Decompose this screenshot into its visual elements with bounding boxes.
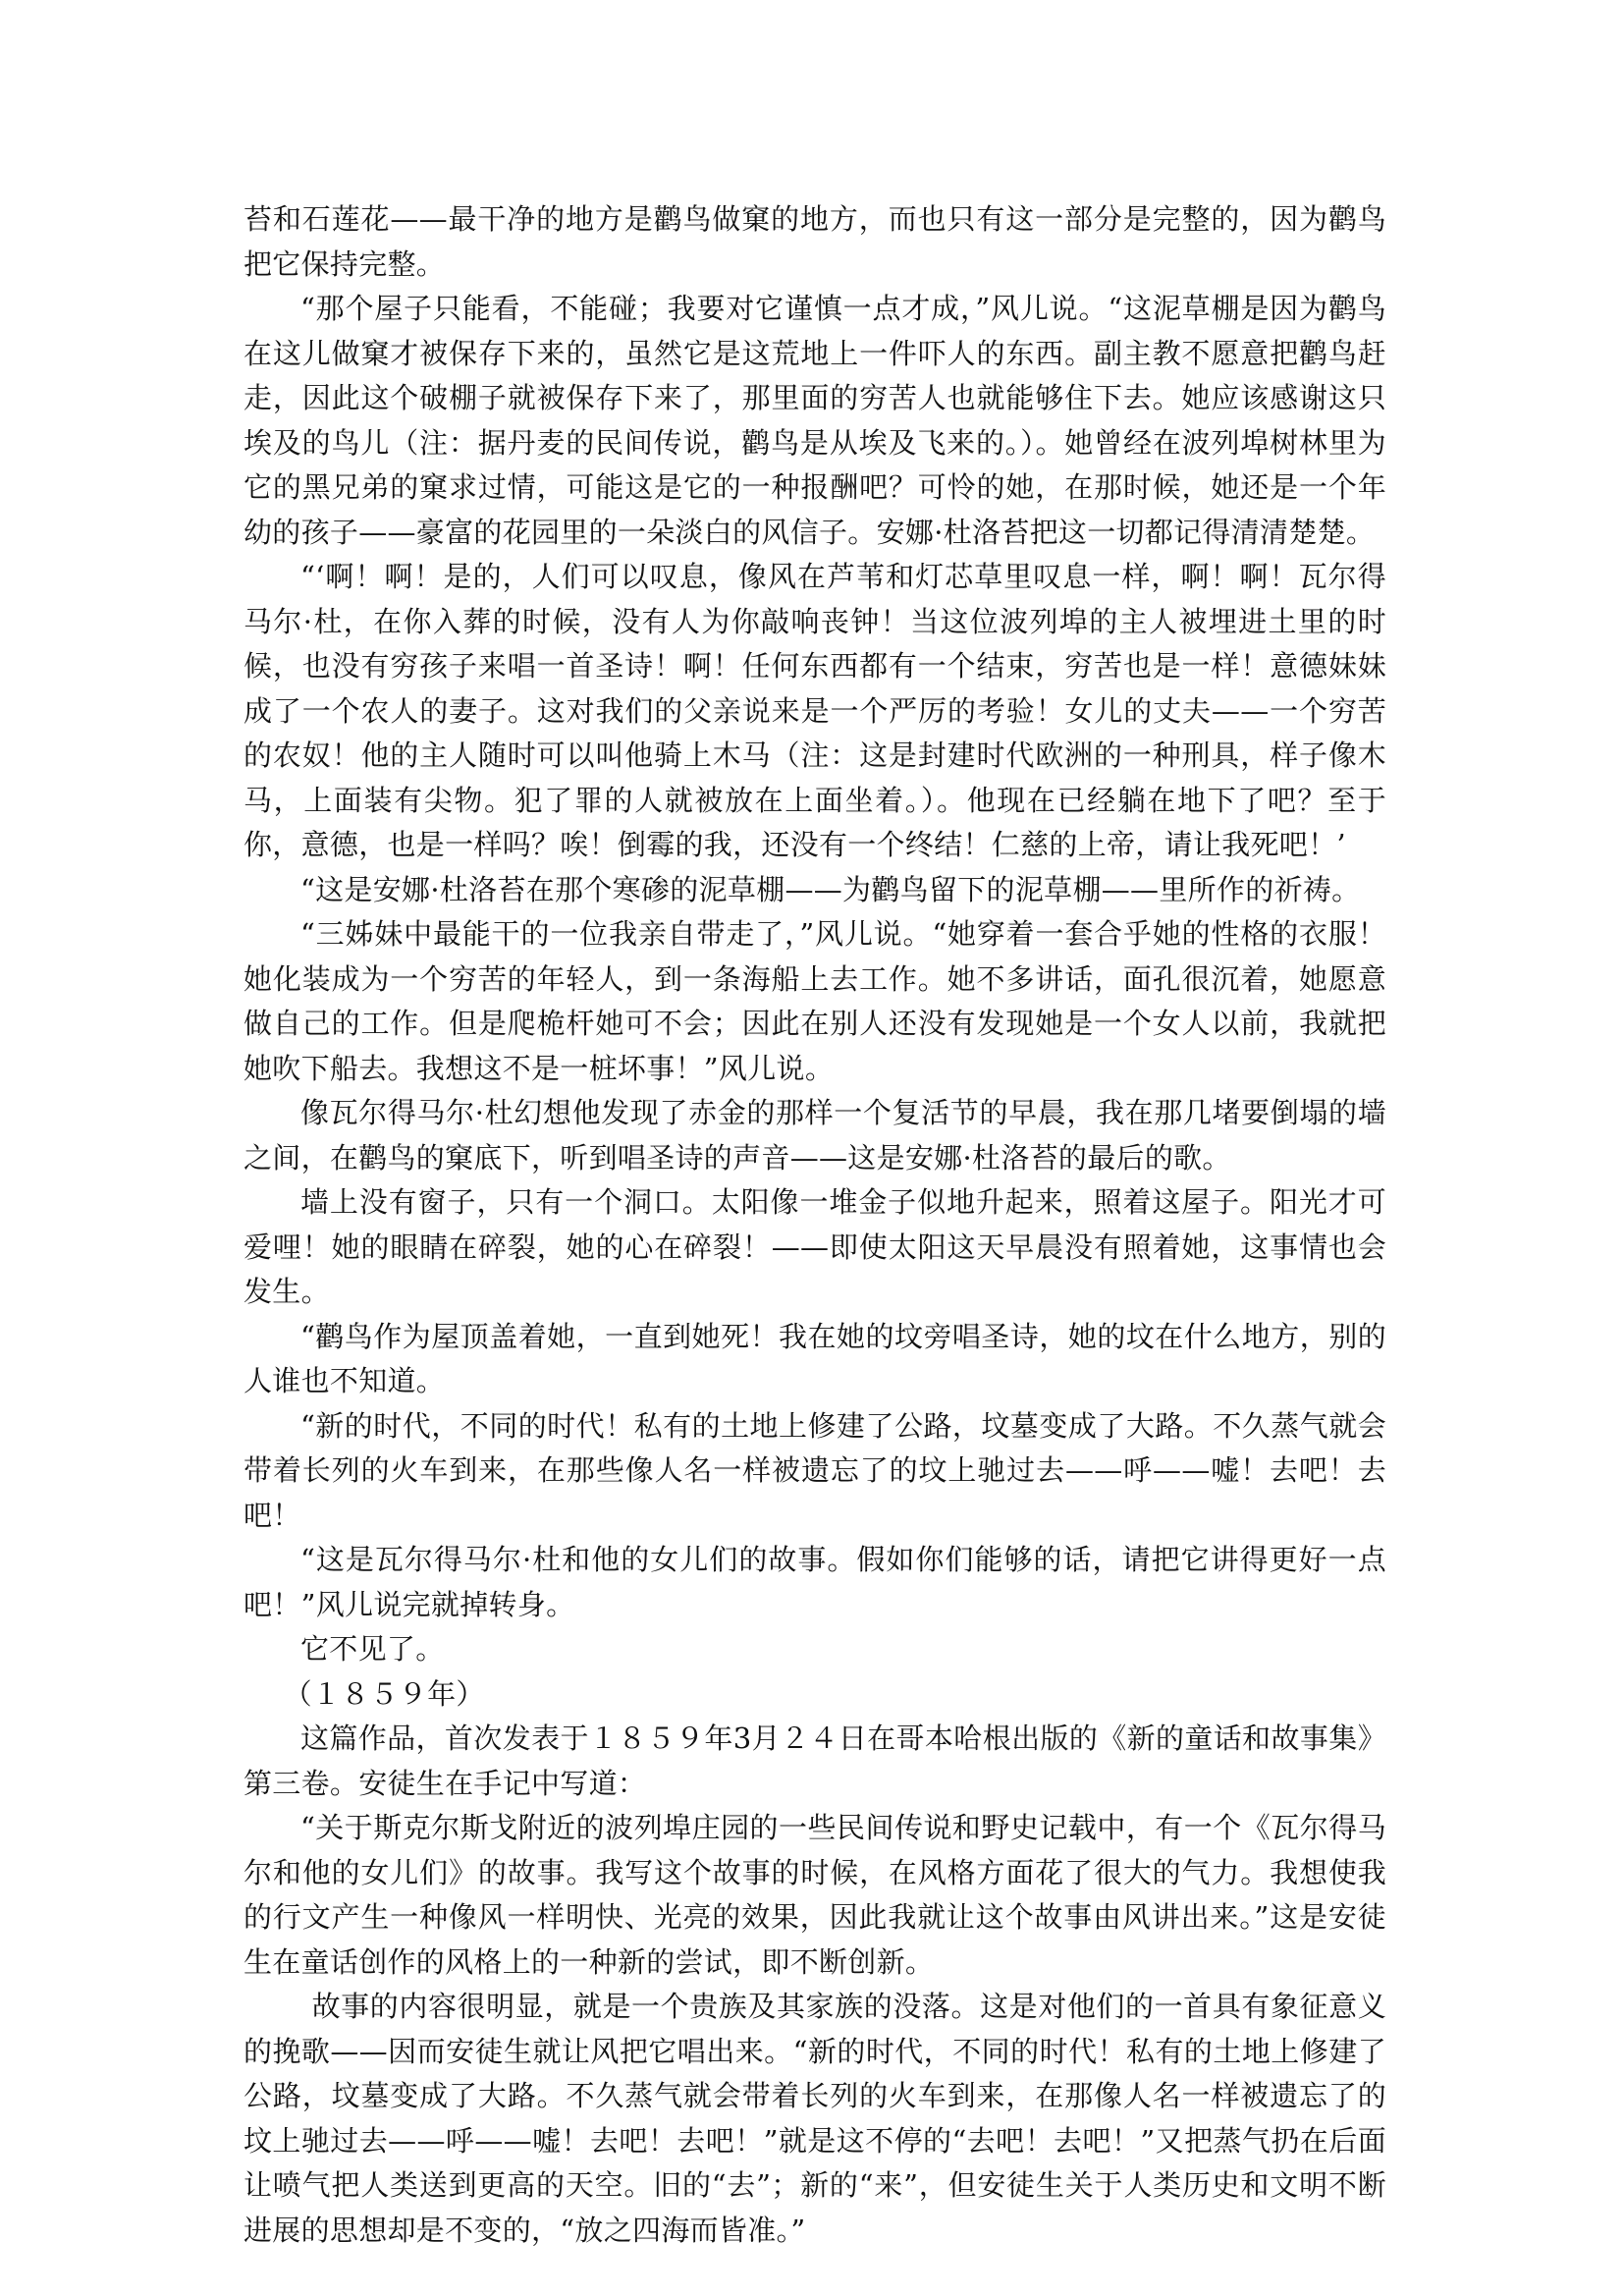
paragraph: “这是瓦尔得马尔·杜和他的女儿们的故事。假如你们能够的话，请把它讲得更好一点吧！… [243, 1538, 1386, 1627]
paragraph: 这篇作品，首次发表于１８５９年3月２４日在哥本哈根出版的《新的童话和故事集》第三… [243, 1717, 1386, 1806]
paragraph: 它不见了。 [243, 1627, 1386, 1672]
paragraph: 故事的内容很明显，就是一个贵族及其家族的没落。这是对他们的一首具有象征意义的挽歌… [243, 1985, 1386, 2253]
paragraph: “关于斯克尔斯戈附近的波列埠庄园的一些民间传说和野史记载中，有一个《瓦尔得马尔和… [243, 1806, 1386, 1985]
year-note: （１８５９年） [243, 1672, 1386, 1718]
paragraph: 像瓦尔得马尔·杜幻想他发现了赤金的那样一个复活节的早晨，我在那几堵要倒塌的墙之间… [243, 1091, 1386, 1180]
paragraph: “这是安娜·杜洛苔在那个寒碜的泥草棚——为鹳鸟留下的泥草棚——里所作的祈祷。 [243, 868, 1386, 913]
document-page: 苔和石莲花——最干净的地方是鹳鸟做窠的地方，而也只有这一部分是完整的，因为鹳鸟把… [243, 197, 1386, 2253]
paragraph: 苔和石莲花——最干净的地方是鹳鸟做窠的地方，而也只有这一部分是完整的，因为鹳鸟把… [243, 197, 1386, 287]
paragraph: “新的时代，不同的时代！私有的土地上修建了公路，坟墓变成了大路。不久蒸气就会带着… [243, 1404, 1386, 1539]
paragraph: “三姊妹中最能干的一位我亲自带走了，”风儿说。“她穿着一套合乎她的性格的衣服！她… [243, 912, 1386, 1091]
paragraph: “‘啊！啊！是的，人们可以叹息，像风在芦苇和灯芯草里叹息一样，啊！啊！瓦尔得马尔… [243, 555, 1386, 868]
paragraph: 墙上没有窗子，只有一个洞口。太阳像一堆金子似地升起来，照着这屋子。阳光才可爱哩！… [243, 1180, 1386, 1315]
paragraph: “鹳鸟作为屋顶盖着她，一直到她死！我在她的坟旁唱圣诗，她的坟在什么地方，别的人谁… [243, 1315, 1386, 1404]
paragraph: “那个屋子只能看，不能碰；我要对它谨慎一点才成，”风儿说。“这泥草棚是因为鹳鸟在… [243, 287, 1386, 555]
